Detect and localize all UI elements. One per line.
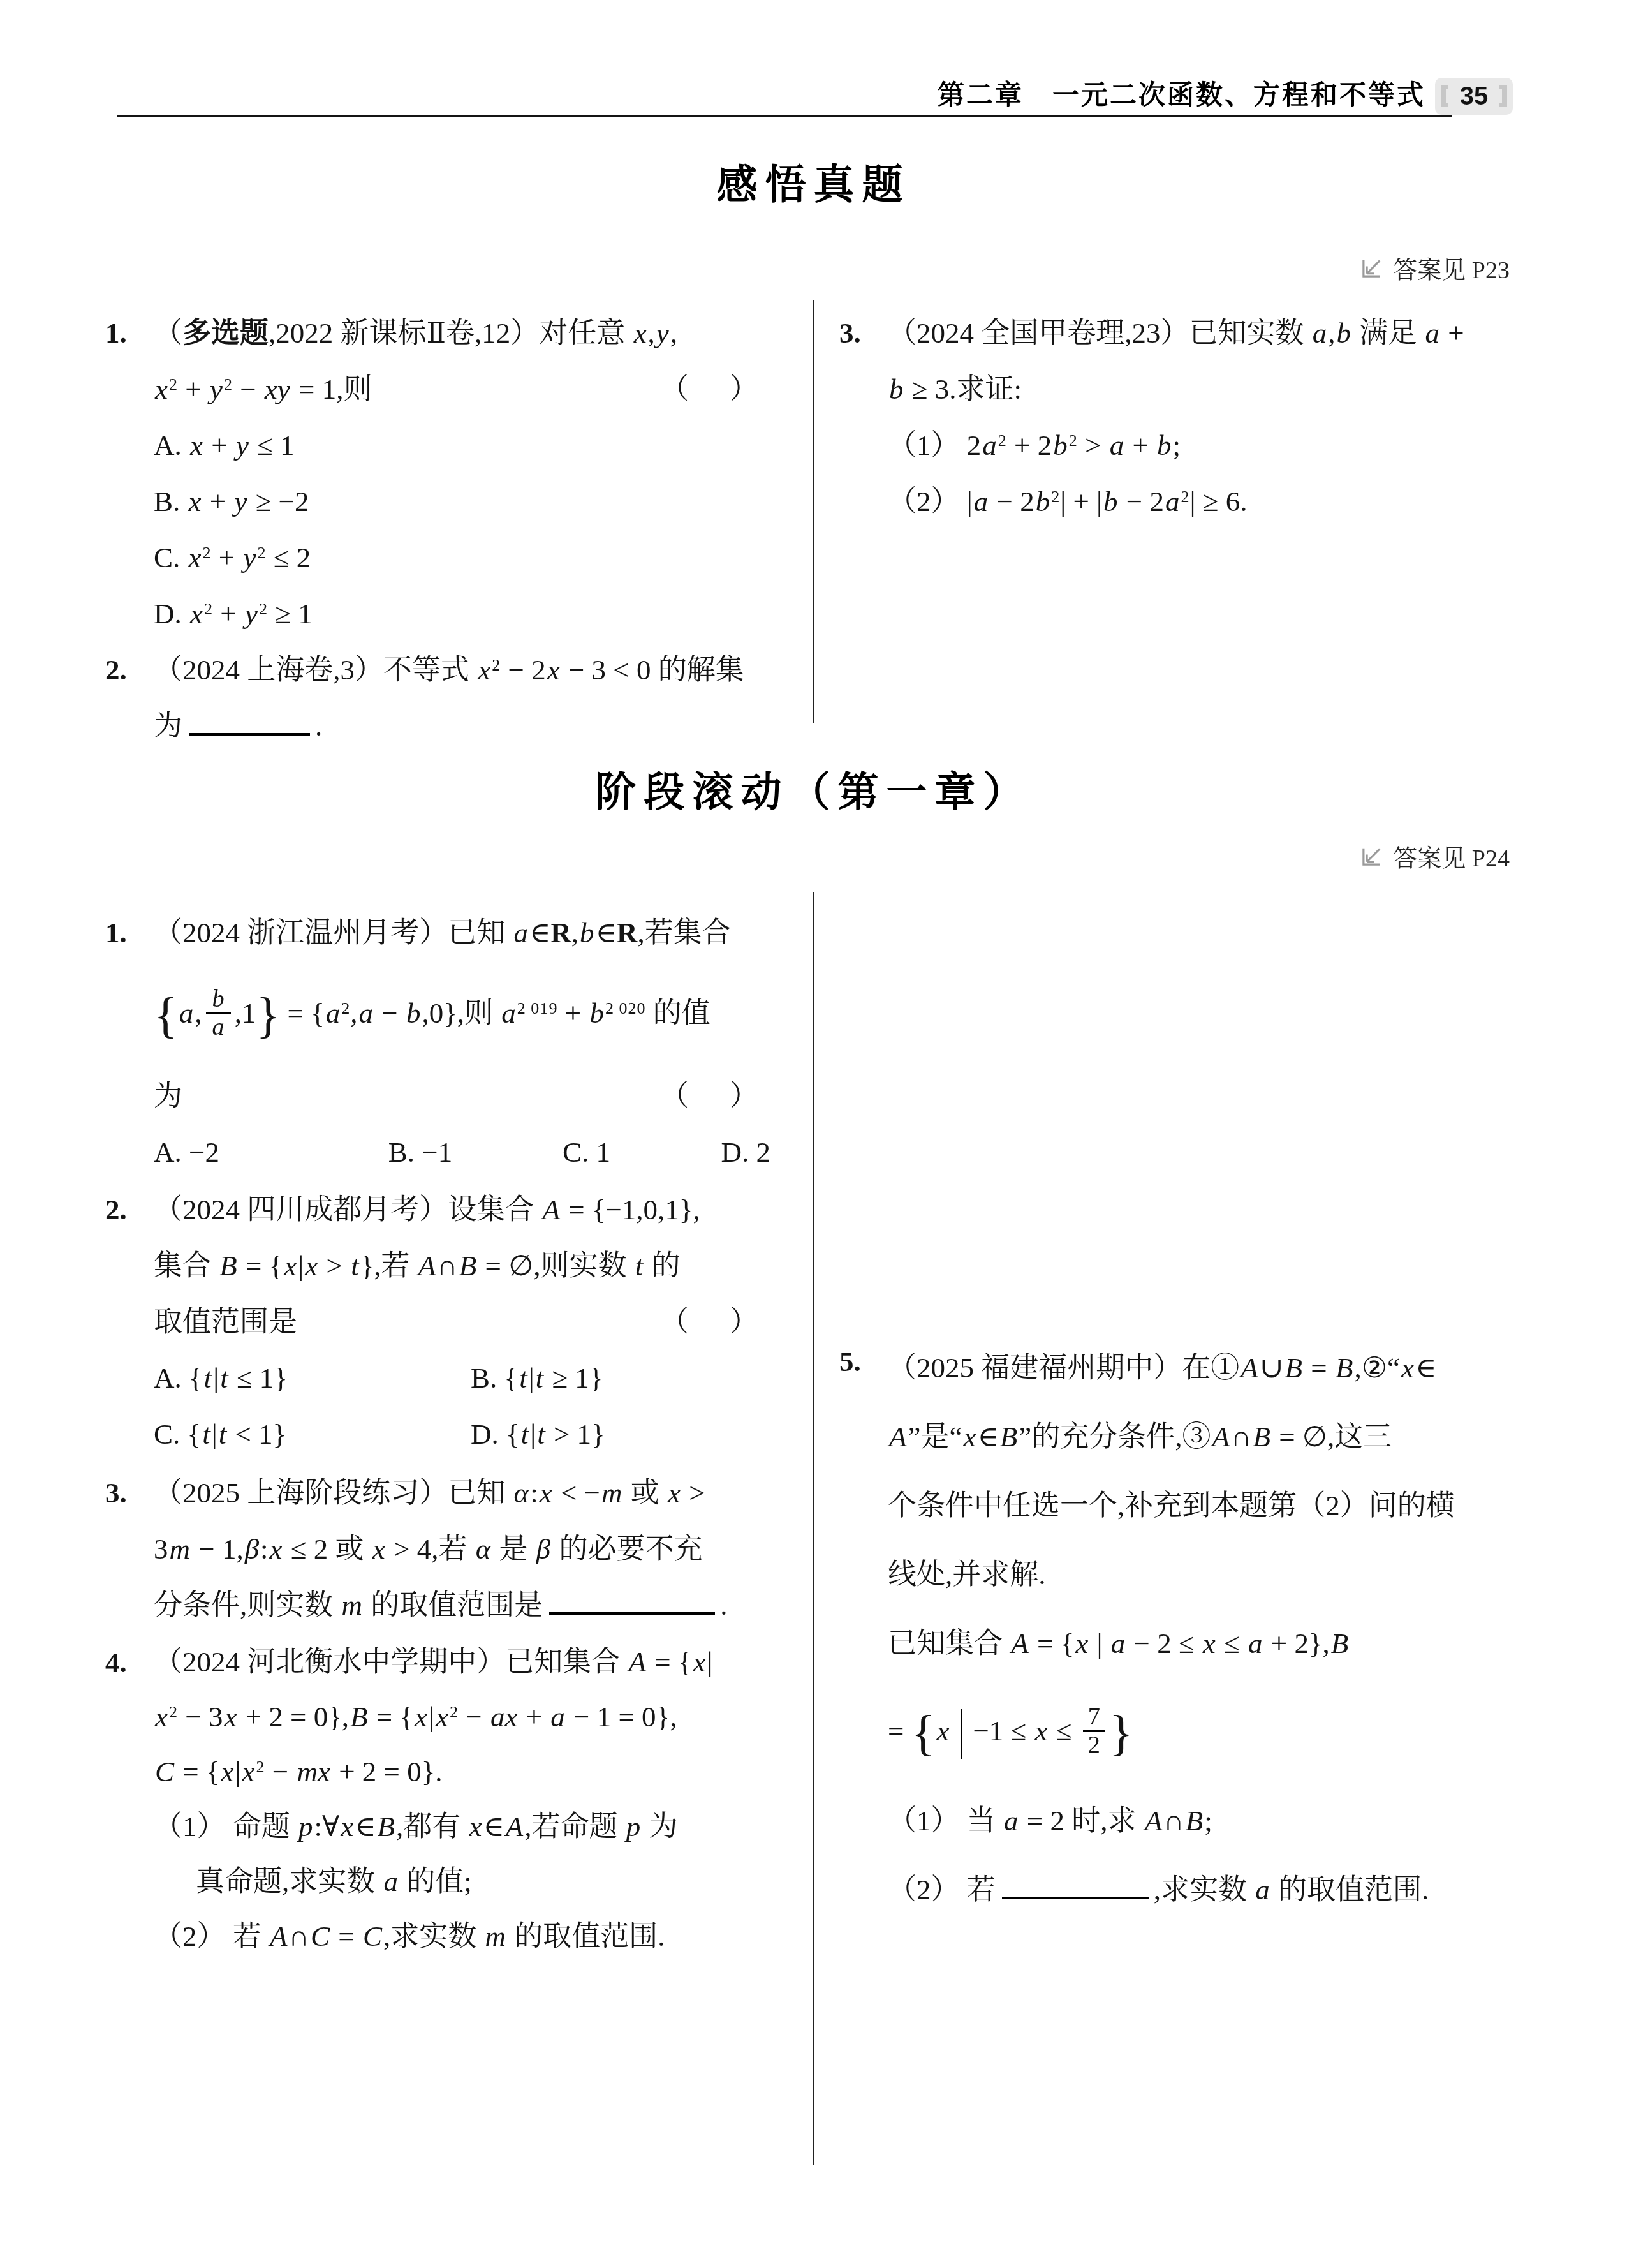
problem-line: （2） |a − 2b2| + |b − 2a2| ≥ 6. <box>888 473 1535 530</box>
problem-s2-1: 1. （2024 浙江温州月考）已知 a∈R,b∈R,若集合 {a,ba,1} … <box>105 905 788 1180</box>
problem-line: （2024 河北衡水中学期中）已知集合 A = {x| <box>154 1634 788 1689</box>
problem-number: 1. <box>105 905 127 961</box>
options-row: A. −2 B. −1 C. 1 D. 2 <box>154 1124 788 1180</box>
problem-number: 1. <box>105 305 127 361</box>
section1-title: 感悟真题 <box>0 152 1627 211</box>
problem-s1-1: 1. （多选题,2022 新课标Ⅱ卷,12）对任意 x,y, x2 + y2 −… <box>105 305 788 642</box>
option-d: D. {t|t > 1} <box>471 1406 788 1462</box>
problem-line: 个条件中任选一个,补充到本题第（2）问的横 <box>888 1471 1535 1540</box>
option-d: D. 2 <box>721 1124 788 1180</box>
section2-title: 阶段滚动（第一章） <box>0 759 1627 818</box>
badge-left-bracket-icon <box>1441 85 1448 107</box>
problem-line: 线处,并求解. <box>888 1540 1535 1609</box>
problem-line: （2） 若,求实数 a 的取值范围. <box>888 1855 1535 1924</box>
problem-s1-2: 2. （2024 上海卷,3）不等式 x2 − 2x − 3 < 0 的解集 为… <box>105 642 788 754</box>
answer-reference-2: 答案见 P24 <box>1358 838 1510 873</box>
options-row: C. {t|t < 1} D. {t|t > 1} <box>154 1406 788 1462</box>
problem-text: = {x−1 ≤ x ≤ 72} <box>888 1703 1133 1761</box>
problem-line: （2025 福建福州期中）在①A∪B = B,②“x∈ <box>888 1333 1535 1402</box>
page-number-badge: 35 <box>1435 78 1513 115</box>
problem-s2-3: 3. （2025 上海阶段练习）已知 α:x < −m 或 x > 3m − 1… <box>105 1465 788 1633</box>
problem-line: 集合 B = {x|x > t},若 A∩B = ∅,则实数 t 的 <box>154 1238 788 1294</box>
problem-line: A”是“x∈B”的充分条件,③A∩B = ∅,这三 <box>888 1402 1535 1471</box>
option-b: B. x + y ≥ −2 <box>154 473 788 530</box>
answer-reference-text: 答案见 P23 <box>1393 250 1510 285</box>
answer-arrow-icon <box>1358 843 1385 870</box>
problem-line: （2024 全国甲卷理,23）已知实数 a,b 满足 a + <box>888 305 1535 361</box>
options-row: A. {t|t ≤ 1} B. {t|t ≥ 1} <box>154 1350 788 1406</box>
problem-text: 取值范围是 <box>154 1294 297 1350</box>
problem-text: {a,ba,1} = {a2,a − b,0},则 a2 019 + b2 02… <box>154 985 710 1043</box>
problem-s1-3: 3. （2024 全国甲卷理,23）已知实数 a,b 满足 a + b ≥ 3.… <box>839 305 1535 530</box>
problem-line: （2025 上海阶段练习）已知 α:x < −m 或 x > <box>154 1465 788 1521</box>
answer-arrow-icon <box>1358 255 1385 281</box>
problem-number: 3. <box>105 1465 127 1521</box>
answer-reference-text: 答案见 P24 <box>1393 838 1510 873</box>
problem-number: 3. <box>839 305 861 361</box>
problem-line: b ≥ 3.求证: <box>888 361 1535 417</box>
problem-number: 2. <box>105 1182 127 1238</box>
problem-s2-4: 4. （2024 河北衡水中学期中）已知集合 A = {x| x2 − 3x +… <box>105 1634 788 1964</box>
option-d: D. x2 + y2 ≥ 1 <box>154 586 788 642</box>
problem-line: C = {x|x2 − mx + 2 = 0}. <box>154 1744 788 1799</box>
problem-line: 已知集合 A = {x | a − 2 ≤ x ≤ a + 2},B <box>888 1609 1535 1678</box>
problem-text: 为 <box>154 1068 182 1124</box>
chapter-header: 第二章 一元二次函数、方程和不等式 <box>938 74 1425 112</box>
problem-line: （2024 上海卷,3）不等式 x2 − 2x − 3 < 0 的解集 <box>154 642 788 698</box>
option-c: C. x2 + y2 ≤ 2 <box>154 530 788 586</box>
problem-line: 3m − 1,β:x ≤ 2 或 x > 4,若 α 是 β 的必要不充 <box>154 1521 788 1577</box>
problem-line: 真命题,求实数 a 的值; <box>196 1854 788 1909</box>
problem-text: x2 + y2 − xy = 1,则 <box>154 361 372 417</box>
option-a: A. −2 <box>154 1124 388 1180</box>
option-b: B. −1 <box>388 1124 563 1180</box>
problem-line: 为. <box>154 698 788 754</box>
answer-paren: （） <box>660 361 758 417</box>
problem-line: （1） 当 a = 2 时,求 A∩B; <box>888 1786 1535 1855</box>
page-number: 35 <box>1460 82 1489 111</box>
problem-line: （2024 四川成都月考）设集合 A = {−1,0,1}, <box>154 1182 788 1238</box>
problem-line: 分条件,则实数 m 的取值范围是. <box>154 1577 788 1633</box>
problem-s2-5: 5. （2025 福建福州期中）在①A∪B = B,②“x∈ A”是“x∈B”的… <box>839 1333 1535 1924</box>
problem-s2-2: 2. （2024 四川成都月考）设集合 A = {−1,0,1}, 集合 B =… <box>105 1182 788 1462</box>
problem-line: {a,ba,1} = {a2,a − b,0},则 a2 019 + b2 02… <box>154 961 788 1068</box>
workbook-page: 第二章 一元二次函数、方程和不等式 35 感悟真题 答案见 P23 1. （多选… <box>0 0 1627 2268</box>
problem-line: （1） 命题 p:∀x∈B,都有 x∈A,若命题 p 为 <box>154 1799 788 1854</box>
option-b: B. {t|t ≥ 1} <box>471 1350 788 1406</box>
problem-number: 5. <box>839 1333 861 1390</box>
problem-line: x2 + y2 − xy = 1,则 （） <box>154 361 788 417</box>
problem-line: （多选题,2022 新课标Ⅱ卷,12）对任意 x,y, <box>154 305 788 361</box>
column-divider-1 <box>813 300 814 723</box>
problem-number: 4. <box>105 1634 127 1691</box>
column-divider-2 <box>813 892 814 2165</box>
badge-right-bracket-icon <box>1499 85 1507 107</box>
option-c: C. 1 <box>563 1124 721 1180</box>
answer-reference-1: 答案见 P23 <box>1358 250 1510 285</box>
header-rule <box>117 115 1452 117</box>
problem-line: = {x−1 ≤ x ≤ 72} <box>888 1678 1535 1786</box>
problem-number: 2. <box>105 642 127 698</box>
option-c: C. {t|t < 1} <box>154 1406 471 1462</box>
option-a: A. x + y ≤ 1 <box>154 417 788 473</box>
problem-line: （2） 若 A∩C = C,求实数 m 的取值范围. <box>154 1909 788 1964</box>
option-a: A. {t|t ≤ 1} <box>154 1350 471 1406</box>
answer-paren: （） <box>660 1068 758 1124</box>
problem-line: 取值范围是 （） <box>154 1294 788 1350</box>
problem-line: x2 − 3x + 2 = 0},B = {x|x2 − ax + a − 1 … <box>154 1689 788 1744</box>
problem-line: （2024 浙江温州月考）已知 a∈R,b∈R,若集合 <box>154 905 788 961</box>
problem-line: 为 （） <box>154 1068 788 1124</box>
answer-paren: （） <box>660 1294 758 1350</box>
problem-line: （1） 2a2 + 2b2 > a + b; <box>888 417 1535 473</box>
